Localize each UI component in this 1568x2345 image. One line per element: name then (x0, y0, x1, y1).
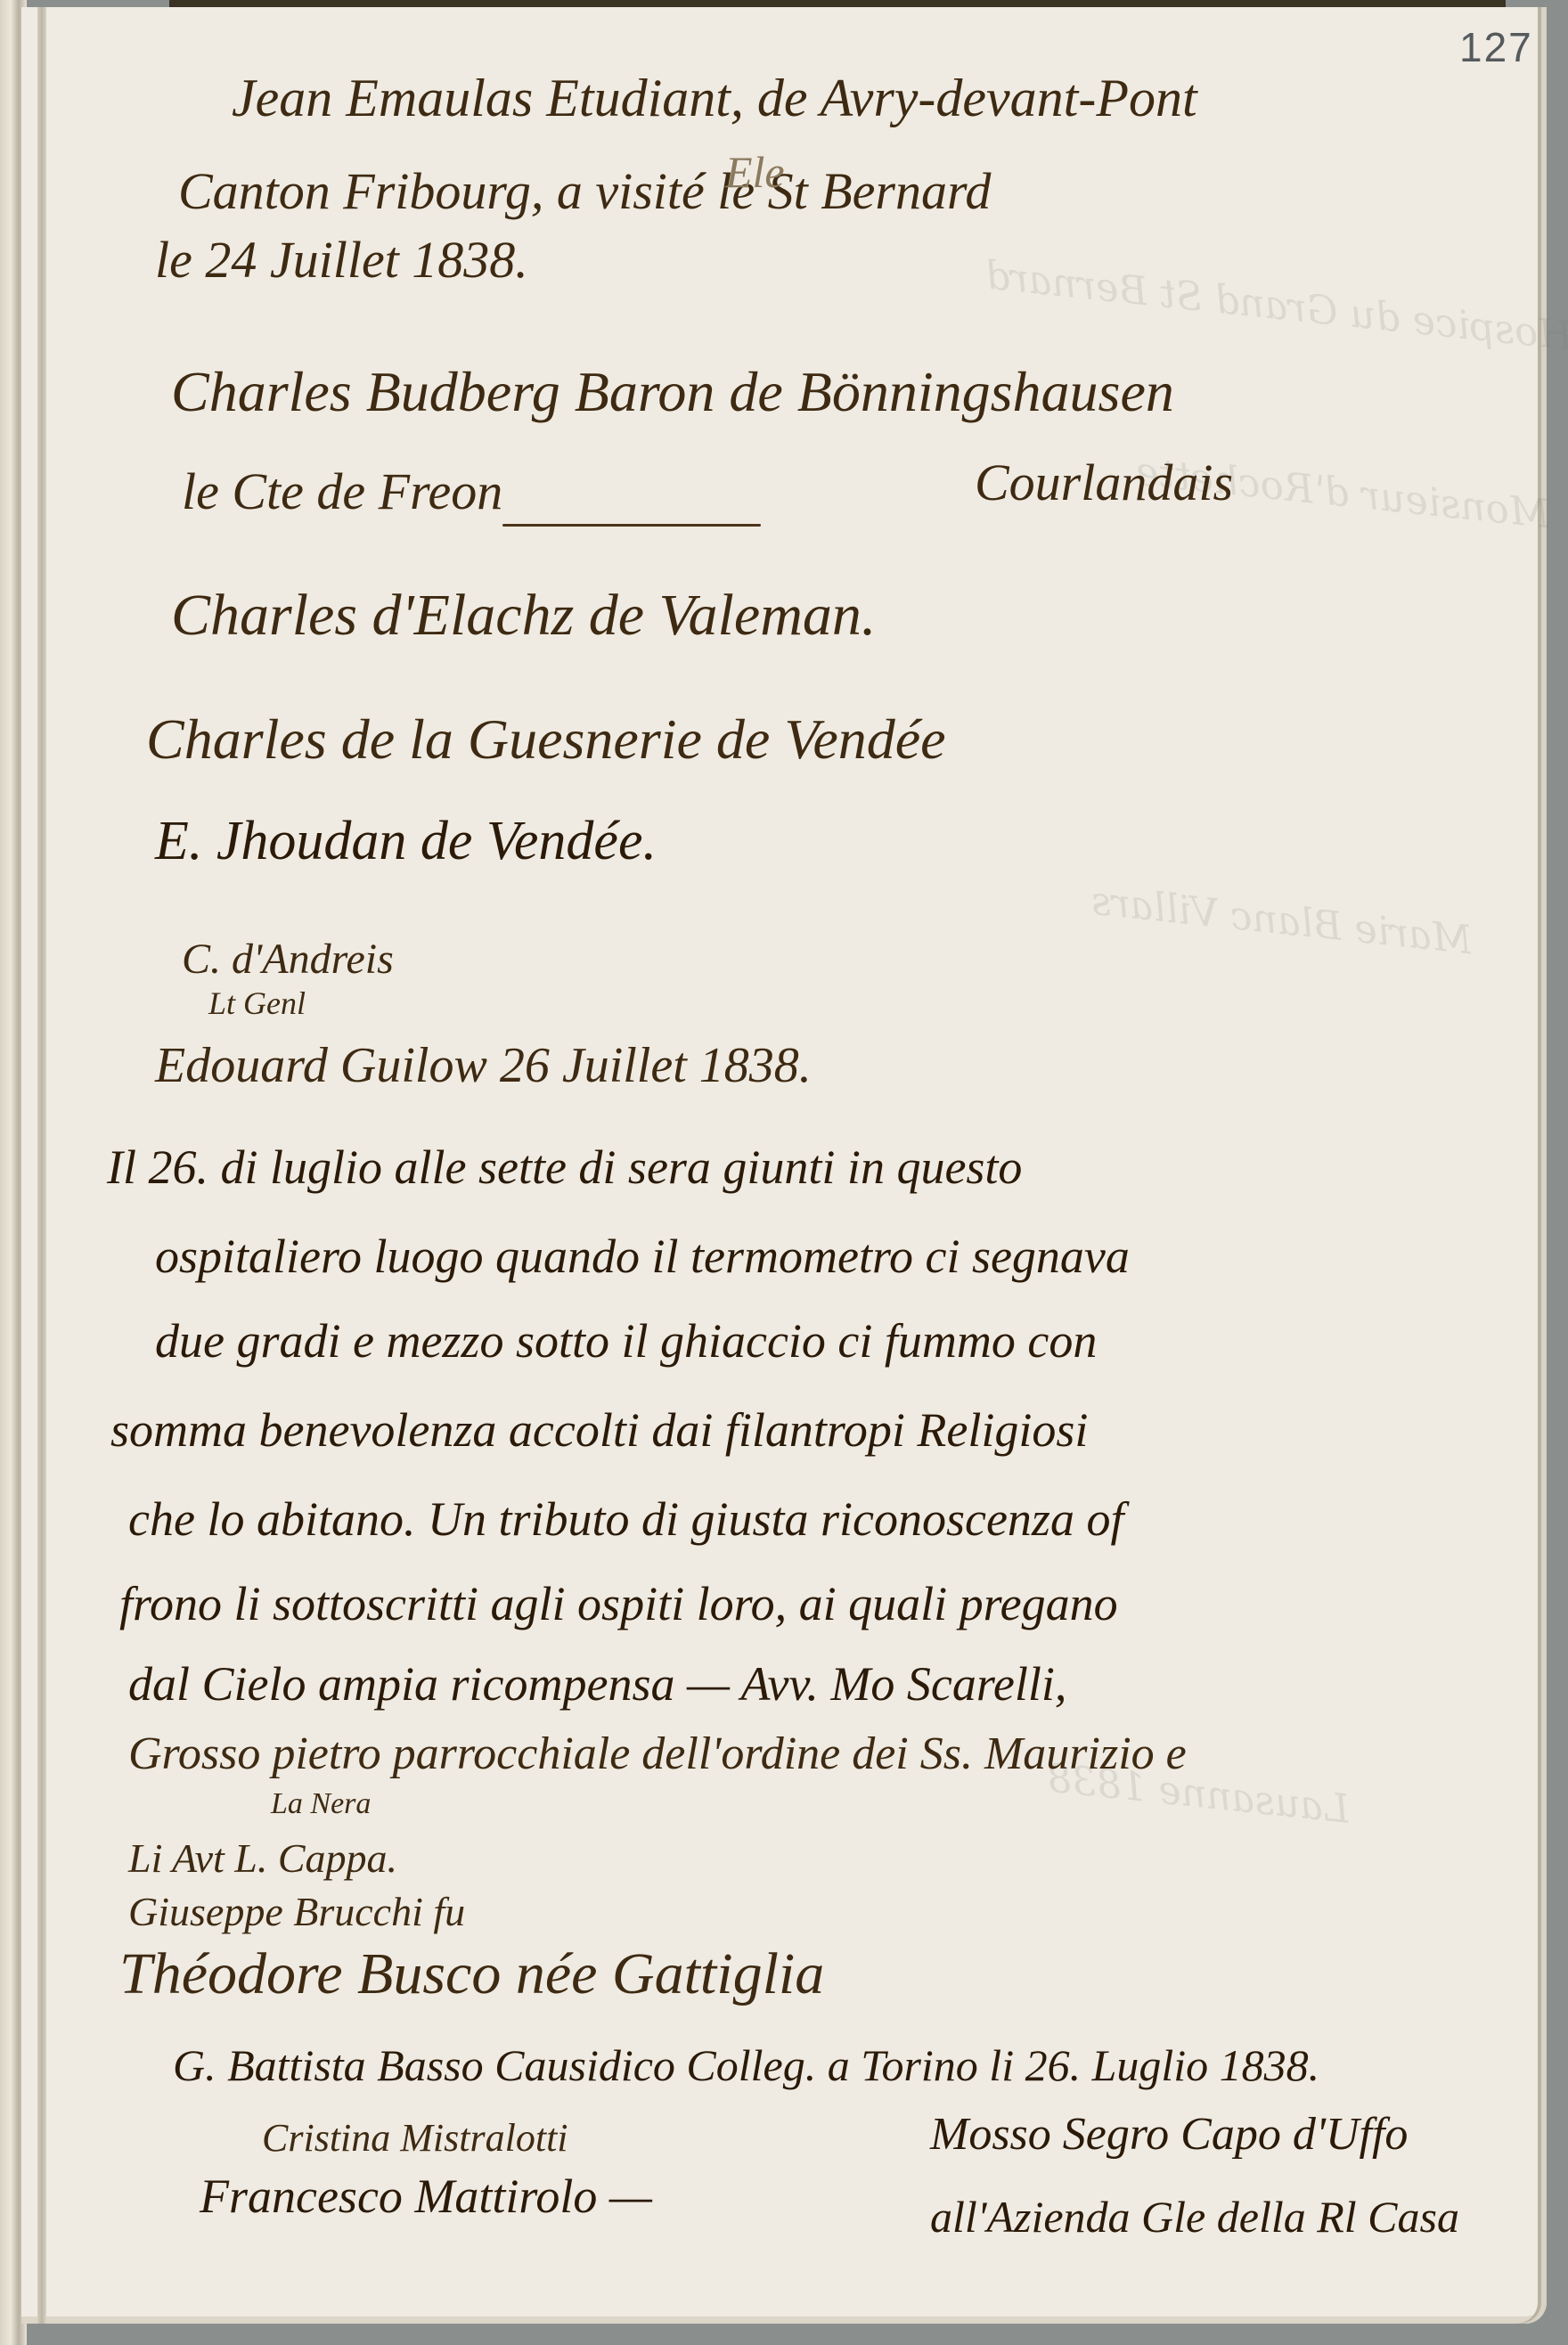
entry-line-title: Lt Genl (208, 987, 306, 1019)
paragraph-line: dal Cielo ampia ricompensa — Avv. Mo Sca… (128, 1660, 1066, 1708)
entry-line: Courlandais (975, 457, 1233, 509)
signature: Li Avt L. Cappa. (128, 1838, 397, 1879)
entry-line: Jean Emaulas Etudiant, de Avry-devant-Po… (232, 71, 1197, 125)
signature: Francesco Mattirolo — (200, 2172, 652, 2220)
entry-line: E. Jhoudan de Vendée. (155, 813, 657, 869)
entry-line: G. Battista Basso Causidico Colleg. a To… (173, 2043, 1319, 2088)
signature-note: La Nera (271, 1789, 371, 1819)
bleed-through-text: Hospice du Grand St Bernard (983, 253, 1568, 360)
paragraph-line: Grosso pietro parrocchiale dell'ordine d… (128, 1731, 1187, 1777)
entry-line: C. d'Andreis (182, 938, 394, 981)
signature: Théodore Busco née Gattiglia (119, 1945, 824, 2004)
entry-line: Charles Budberg Baron de Bönningshausen (171, 364, 1174, 421)
underline-flourish (502, 524, 761, 527)
bleed-through-text: Marie Blanc Villars (1090, 878, 1474, 964)
paragraph-line: due gradi e mezzo sotto il ghiaccio ci f… (155, 1317, 1097, 1365)
signature: Mosso Segro Capo d'Uffo (930, 2112, 1408, 2158)
signature: Giuseppe Brucchi fu (128, 1892, 465, 1932)
paragraph-line: frono li sottoscritti agli ospiti loro, … (119, 1580, 1118, 1628)
entry-line: le Cte de Freon (182, 466, 502, 518)
entry-line: Charles de la Guesnerie de Vendée (146, 711, 946, 768)
signature: Cristina Mistralotti (262, 2119, 568, 2158)
page-gutter (37, 7, 46, 2324)
entry-line: Charles d'Elachz de Valeman. (171, 586, 876, 645)
interlined-note: Ele (725, 150, 785, 194)
paragraph-line: somma benevolenza accolti dai filantropi… (110, 1406, 1088, 1454)
paragraph-line: che lo abitano. Un tributo di giusta ric… (128, 1495, 1123, 1543)
entry-line: Edouard Guilow 26 Juillet 1838. (155, 1041, 812, 1091)
paragraph-line: Il 26. di luglio alle sette di sera giun… (107, 1143, 1022, 1191)
paragraph-line: ospitaliero luogo quando il termometro c… (155, 1232, 1130, 1280)
signature: all'Azienda Gle della Rl Casa (930, 2194, 1459, 2239)
manuscript-page: Hospice du Grand St Bernard Monsieur d'R… (21, 7, 1547, 2324)
page-number: 127 (1459, 23, 1533, 71)
entry-line: Canton Fribourg, a visité le St Bernard (178, 166, 991, 217)
entry-line: le 24 Juillet 1838. (155, 234, 528, 286)
